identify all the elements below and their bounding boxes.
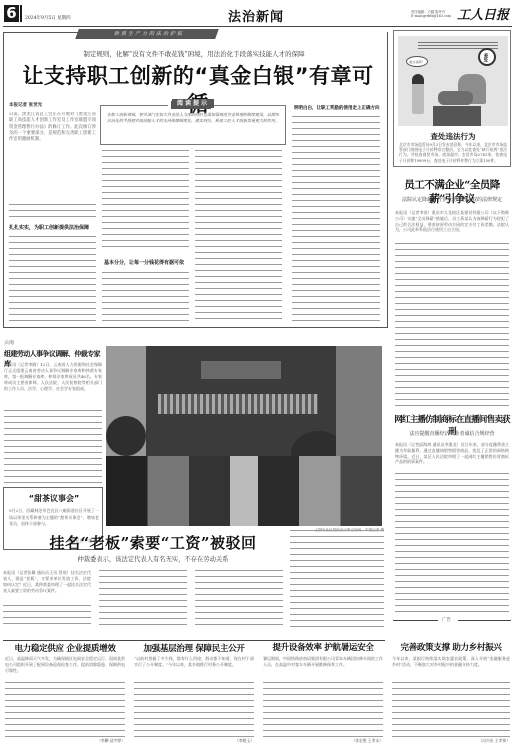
photo-banner-title (201, 361, 281, 379)
bottom-story-3-body (263, 682, 383, 738)
section-head-2: 基本分分，让每一分钱花得有据可依 (104, 259, 194, 266)
page-number-bar (20, 5, 22, 22)
bottom-story-1-headline: 电力稳定供应 企业提质增效 (3, 642, 127, 654)
section-head-1: 扎扎实实，为职工创新提供法治保障 (9, 224, 99, 231)
bottom-story-4-credit: （冯兴东 王孝伟） (478, 738, 510, 744)
cartoon-scale (438, 91, 473, 105)
section-title: 法治新闻 (228, 6, 284, 25)
bottom-story-2: 加强基层治理 保障民主公开 “以前村里搞了多少钱，都有什么用途，群众都不知道，现… (132, 642, 256, 748)
lead-column-2-text-b (102, 272, 189, 324)
cartoon-box: 能少点吗？ 查处 查处违法行为 北京市市场监管局9月2日发布消息称，今年以来，北… (393, 30, 511, 167)
bottom-story-2-credit: （李晓玉） (235, 738, 254, 744)
lead-byline: 本报记者 张世光 (9, 102, 42, 108)
newspaper-logo: 工人日报 (457, 4, 509, 23)
bottom-story-4-headline: 完善政策支撑 助力乡村振兴 (390, 641, 512, 653)
lead-subtitle: 制定规则，化解“没有文件不敢花钱”困境，用法治化手段落实技能人才的保障 (24, 49, 364, 58)
photo-wall-right (336, 346, 382, 456)
lead-column-1-text (9, 204, 96, 220)
cartoon-image: 能少点吗？ 查处 (398, 36, 508, 126)
cartoon-woman-figure (412, 74, 424, 114)
meeting-photo (106, 346, 382, 526)
photo-people-front (106, 456, 382, 526)
left-brief-region: 云南 (4, 339, 14, 346)
magnifier-icon: 查处 (478, 48, 496, 66)
photo-banner-figures (158, 394, 318, 414)
ad-label-line-right (458, 620, 511, 621)
banner-line (4, 32, 79, 33)
magnifier-stamp: 查处 (482, 53, 488, 62)
speech-bubble: 能少点吗？ (406, 56, 428, 67)
middle-story-headline: 挂名“老板”索要“工资”被驳回 (43, 532, 263, 553)
lead-story: 新质生产力的法治护航 制定规则，化解“没有文件不敢花钱”困境，用法治化手段落实技… (3, 32, 388, 328)
box-story-headline: “甜茶议事会” (4, 493, 104, 504)
cartoon-title: 查处违法行为 (394, 131, 512, 142)
masthead-rule (3, 26, 512, 27)
ad-label: 广告 (442, 617, 451, 623)
editor-info: 责任编辑：卢越 陈丹丹 E-mail:grrbfz@163.com (411, 10, 451, 18)
left-brief: 云南 组建劳动人事争议调解、仲裁专家库 本报讯（记者李晓）12日，云南省人力资源… (3, 334, 105, 484)
right-story-1-subheadline: 法院认定降薪符合企业用工自主权的法律规定 (393, 196, 511, 203)
page-number: 6 (4, 5, 19, 22)
right-story-1: 员工不满企业“全员降薪”引争议 法院认定降薪符合企业用工自主权的法律规定 本报讯… (393, 170, 511, 408)
right-story-2-subheadline: 法官提醒直播经济从业者诚信合规经营 (393, 430, 511, 437)
masthead: 6 2024年9月5日 星期四 法治新闻 责任编辑：卢越 陈丹丹 E-mail:… (0, 0, 515, 30)
bottom-story-3-credit: （张宏胜 王孝永） (351, 738, 383, 744)
right-story-2-lead: 本报讯（记者邱海鸿 通讯员李奥龙）近日年来，部分直播带货主播为牟取暴利，通过直播… (395, 442, 509, 472)
bottom-story-4: 完善政策支撑 助力乡村振兴 今年以来，某银行持续落实助农惠农政策，深入开展“金融… (390, 628, 512, 748)
lead-column-4-text (292, 116, 380, 324)
middle-story-col3 (195, 570, 283, 629)
editor-email: E-mail:grrbfz@163.com (411, 14, 451, 18)
lead-column-2-text (102, 150, 189, 252)
cartoon-stall (433, 106, 481, 126)
left-brief-text: 本报讯（记者李晓）12日，云南省人力资源和社会保障厅正式组建云南省劳动人事争议调… (4, 362, 102, 410)
lead-paragraph-1: 日前，黑龙江省总工会正在开展对《黑龙江省职工高技能人才创新工作室及工作室联盟专项… (9, 112, 96, 204)
right-story-2: 网红主播仿制商标在直播间售卖获刑 法官提醒直播经济从业者诚信合规经营 本报讯（记… (393, 410, 511, 615)
bottom-story-4-body (392, 682, 510, 738)
left-brief-body (4, 410, 102, 484)
middle-story-col4 (290, 530, 384, 629)
right-story-1-body (395, 243, 509, 407)
bottom-story-2-headline: 加强基层治理 保障民主公开 (132, 642, 256, 654)
middle-story-col2 (99, 570, 187, 629)
right-story-2-body (395, 473, 509, 615)
bottom-story-2-text: “以前村里搞了多少钱，都有什么用途，群众都不知道，现在村干部实行了公开制度。”今… (134, 656, 254, 681)
bottom-story-1-body (5, 682, 125, 738)
right-story-1-lead: 本报讯（记者李涛）重庆市九龙坡区某建设有限公司（以下简称公司）实施“全员降薪”措… (395, 210, 509, 242)
bottom-story-1-text: 近日，高温降雨天气多发，为确保辖区电网安全稳定运行，国网某供电公司组织开展了配网… (5, 656, 125, 681)
lead-column-1-text-b (9, 236, 96, 324)
bottom-story-1-credit: （李鹏 邱宇婷） (97, 738, 125, 744)
reading-tip-heading: 阅读提示 (172, 99, 214, 108)
bottom-story-3-headline: 提升设备效率 护航暑运安全 (261, 641, 385, 653)
lead-column-3-text (195, 150, 282, 324)
issue-date: 2024年9月5日 星期四 (25, 15, 71, 21)
reading-tip-box: 阅读提示 在职工创新领域，相关部门在加大资金投入力度的同时也需加强规范资金管理的… (100, 105, 286, 145)
photo-plant-left (106, 416, 146, 456)
middle-story-lead: 本报讯（记者张璐 通讯员王凤 蔡苑）挂名法定代表人、既是“老板”，又要求单位发放… (3, 570, 91, 604)
bottom-story-3-text: 暑运期间，中国铁路济南局集团有限公司青岛车辆段检修车间的工作人员，在高温中对客车… (263, 656, 383, 681)
middle-story: 挂名“老板”索要“工资”被驳回 仲裁委表示，该法定代表人有名无实，不存在劳动关系… (3, 530, 391, 630)
bottom-story-2-body (134, 682, 254, 738)
middle-story-subheadline: 仲裁委表示，该法定代表人有名无实，不存在劳动关系 (43, 554, 263, 563)
middle-story-col1 (3, 605, 91, 629)
bottom-story-3: 提升设备效率 护航暑运安全 暑运期间，中国铁路济南局集团有限公司青岛车辆段检修车… (261, 628, 385, 748)
cartoon-text: 北京市市场监管局9月2日发布消息称，今年以来，北京市市场监管部门围绕电子计价秤综… (399, 142, 507, 167)
bottom-story-1: 电力稳定供应 企业提质增效 近日，高温降雨天气多发，为确保辖区电网安全稳定运行，… (3, 642, 127, 748)
section-head-3: 明明白白，让职工奖励的使用走上正确方向 (294, 105, 384, 111)
banner-text: 新质生产力的法治护航 (99, 30, 199, 37)
ad-label-line-left (393, 620, 438, 621)
bottom-story-4-text: 今年以来，某银行持续落实助农惠农政策，深入开展“金融服务进乡村”活动，不断加大对… (392, 656, 510, 681)
reading-tip-text: 在职工创新领域，相关部门在加大资金投入力度的同时也需加强规范资金管理的制度建设，… (107, 112, 279, 142)
